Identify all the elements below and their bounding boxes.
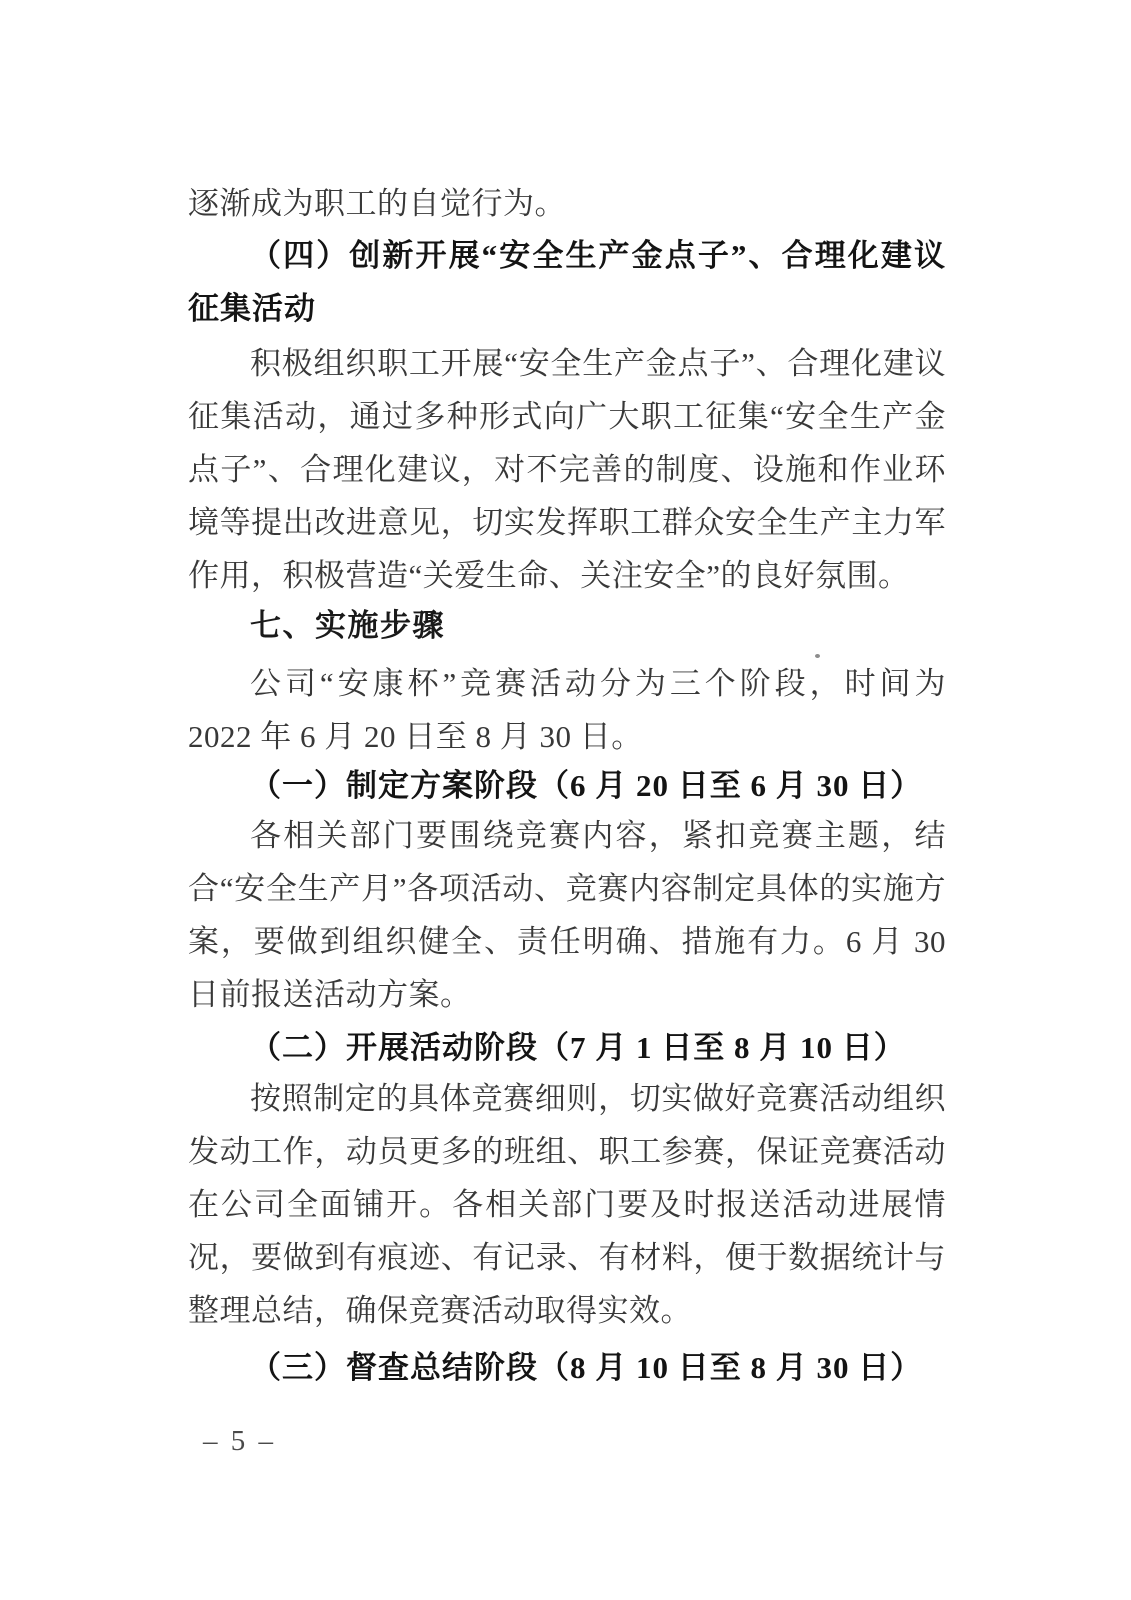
heading-section-four: （四）创新开展“安全生产金点子”、合理化建议征集活动 [188, 229, 946, 335]
body-paragraph-activity-stage: 按照制定的具体竞赛细则，切实做好竞赛活动组织发动工作，动员更多的班组、职工参赛，… [188, 1072, 946, 1337]
paragraph-continuation: 逐渐成为职工的自觉行为。 [188, 177, 946, 230]
heading-stage-three-review: （三）督查总结阶段（8 月 10 日至 8 月 30 日） [188, 1341, 946, 1394]
body-paragraph-competition-phases: 公司“安康杯”竞赛活动分为三个阶段，时间为 2022 年 6 月 20 日至 8… [188, 657, 946, 763]
heading-stage-two-activity: （二）开展活动阶段（7 月 1 日至 8 月 10 日） [188, 1021, 946, 1074]
body-paragraph-planning-stage: 各相关部门要围绕竞赛内容，紧扣竞赛主题，结合“安全生产月”各项活动、竞赛内容制定… [188, 809, 946, 1021]
document-page: 逐渐成为职工的自觉行为。 （四）创新开展“安全生产金点子”、合理化建议征集活动 … [0, 0, 1131, 1600]
heading-stage-one-planning: （一）制定方案阶段（6 月 20 日至 6 月 30 日） [188, 759, 946, 812]
heading-implementation-steps: 七、实施步骤 [188, 599, 946, 652]
body-paragraph-suggestions: 积极组织职工开展“安全生产金点子”、合理化建议征集活动，通过多种形式向广大职工征… [188, 337, 946, 602]
scan-speck [815, 654, 820, 658]
page-number: – 5 – [203, 1424, 276, 1458]
